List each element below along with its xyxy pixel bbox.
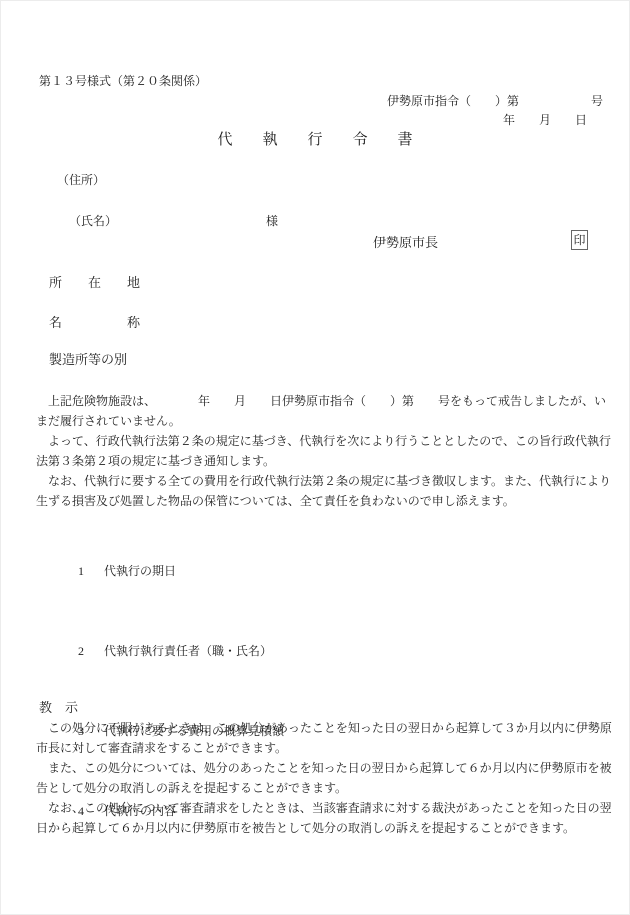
list-item: 2代執行執行責任者（職・氏名） (60, 621, 284, 681)
instruction-line: 市長に対して審査請求をすることができます。 (36, 738, 619, 758)
notification-body: 上記危険物施設は、 年 月 日伊勢原市指令（ ）第 号をもって戒告しましたが、い… (36, 391, 619, 511)
directive-number-line: 伊勢原市指令（ ）第 号 (387, 91, 603, 111)
facility-name-label: 名 称 (49, 313, 140, 333)
facility-location-label: 所 在 地 (49, 273, 140, 293)
instruction-line: なお、この処分について審査請求をしたときは、当該審査請求に対する裁決があったこと… (36, 798, 619, 818)
mayor-title: 伊勢原市長 (373, 233, 438, 253)
body-line: まだ履行されていません。 (36, 411, 619, 431)
document-title: 代 執 行 令 書 (1, 129, 629, 151)
execution-order-document-page: 第１３号様式（第２０条関係） 伊勢原市指令（ ）第 号 年 月 日 代 執 行 … (0, 0, 630, 915)
instruction-line: 告として処分の取消しの訴えを提起することができます。 (36, 778, 619, 798)
form-number: 第１３号様式（第２０条関係） (39, 71, 207, 91)
instruction-heading: 教 示 (39, 698, 78, 718)
list-item-number: 1 (78, 561, 104, 581)
list-item-label: 代執行の期日 (104, 564, 176, 578)
seal-stamp-box: 印 (571, 230, 588, 250)
body-line: 上記危険物施設は、 年 月 日伊勢原市指令（ ）第 号をもって戒告しましたが、い (36, 391, 619, 411)
date-line: 年 月 日 (503, 110, 587, 130)
facility-type-label: 製造所等の別 (49, 350, 127, 370)
list-item-label: 代執行執行責任者（職・氏名） (104, 644, 272, 658)
list-item: 1代執行の期日 (60, 541, 284, 601)
list-item-number: 2 (78, 641, 104, 661)
recipient-name-label: （氏名） (69, 214, 117, 228)
seal-mark: 印 (573, 230, 585, 250)
instruction-line: 日から起算して６か月以内に伊勢原市を被告として処分の取消しの訴えを提起することが… (36, 818, 619, 838)
instruction-line: この処分に不服があるときは、この処分があったことを知った日の翌日から起算して３か… (36, 718, 619, 738)
body-line: 生ずる損害及び処置した物品の保管については、全て責任を負わないので申し添えます。 (36, 491, 619, 511)
body-line: なお、代執行に要する全ての費用を行政代執行法第２条の規定に基づき徴収します。また… (36, 471, 619, 491)
body-line: よって、行政代執行法第２条の規定に基づき、代執行を次により行うこととしたので、こ… (36, 431, 619, 451)
recipient-address-label: （住所） (57, 170, 105, 190)
recipient-honorific: 様 (266, 211, 278, 231)
body-line: 法第３条第２項の規定に基づき通知します。 (36, 451, 619, 471)
instruction-line: また、この処分については、処分のあったことを知った日の翌日から起算して６か月以内… (36, 758, 619, 778)
instruction-body: この処分に不服があるときは、この処分があったことを知った日の翌日から起算して３か… (36, 718, 619, 838)
recipient-name-row: （氏名）様 (57, 191, 278, 251)
